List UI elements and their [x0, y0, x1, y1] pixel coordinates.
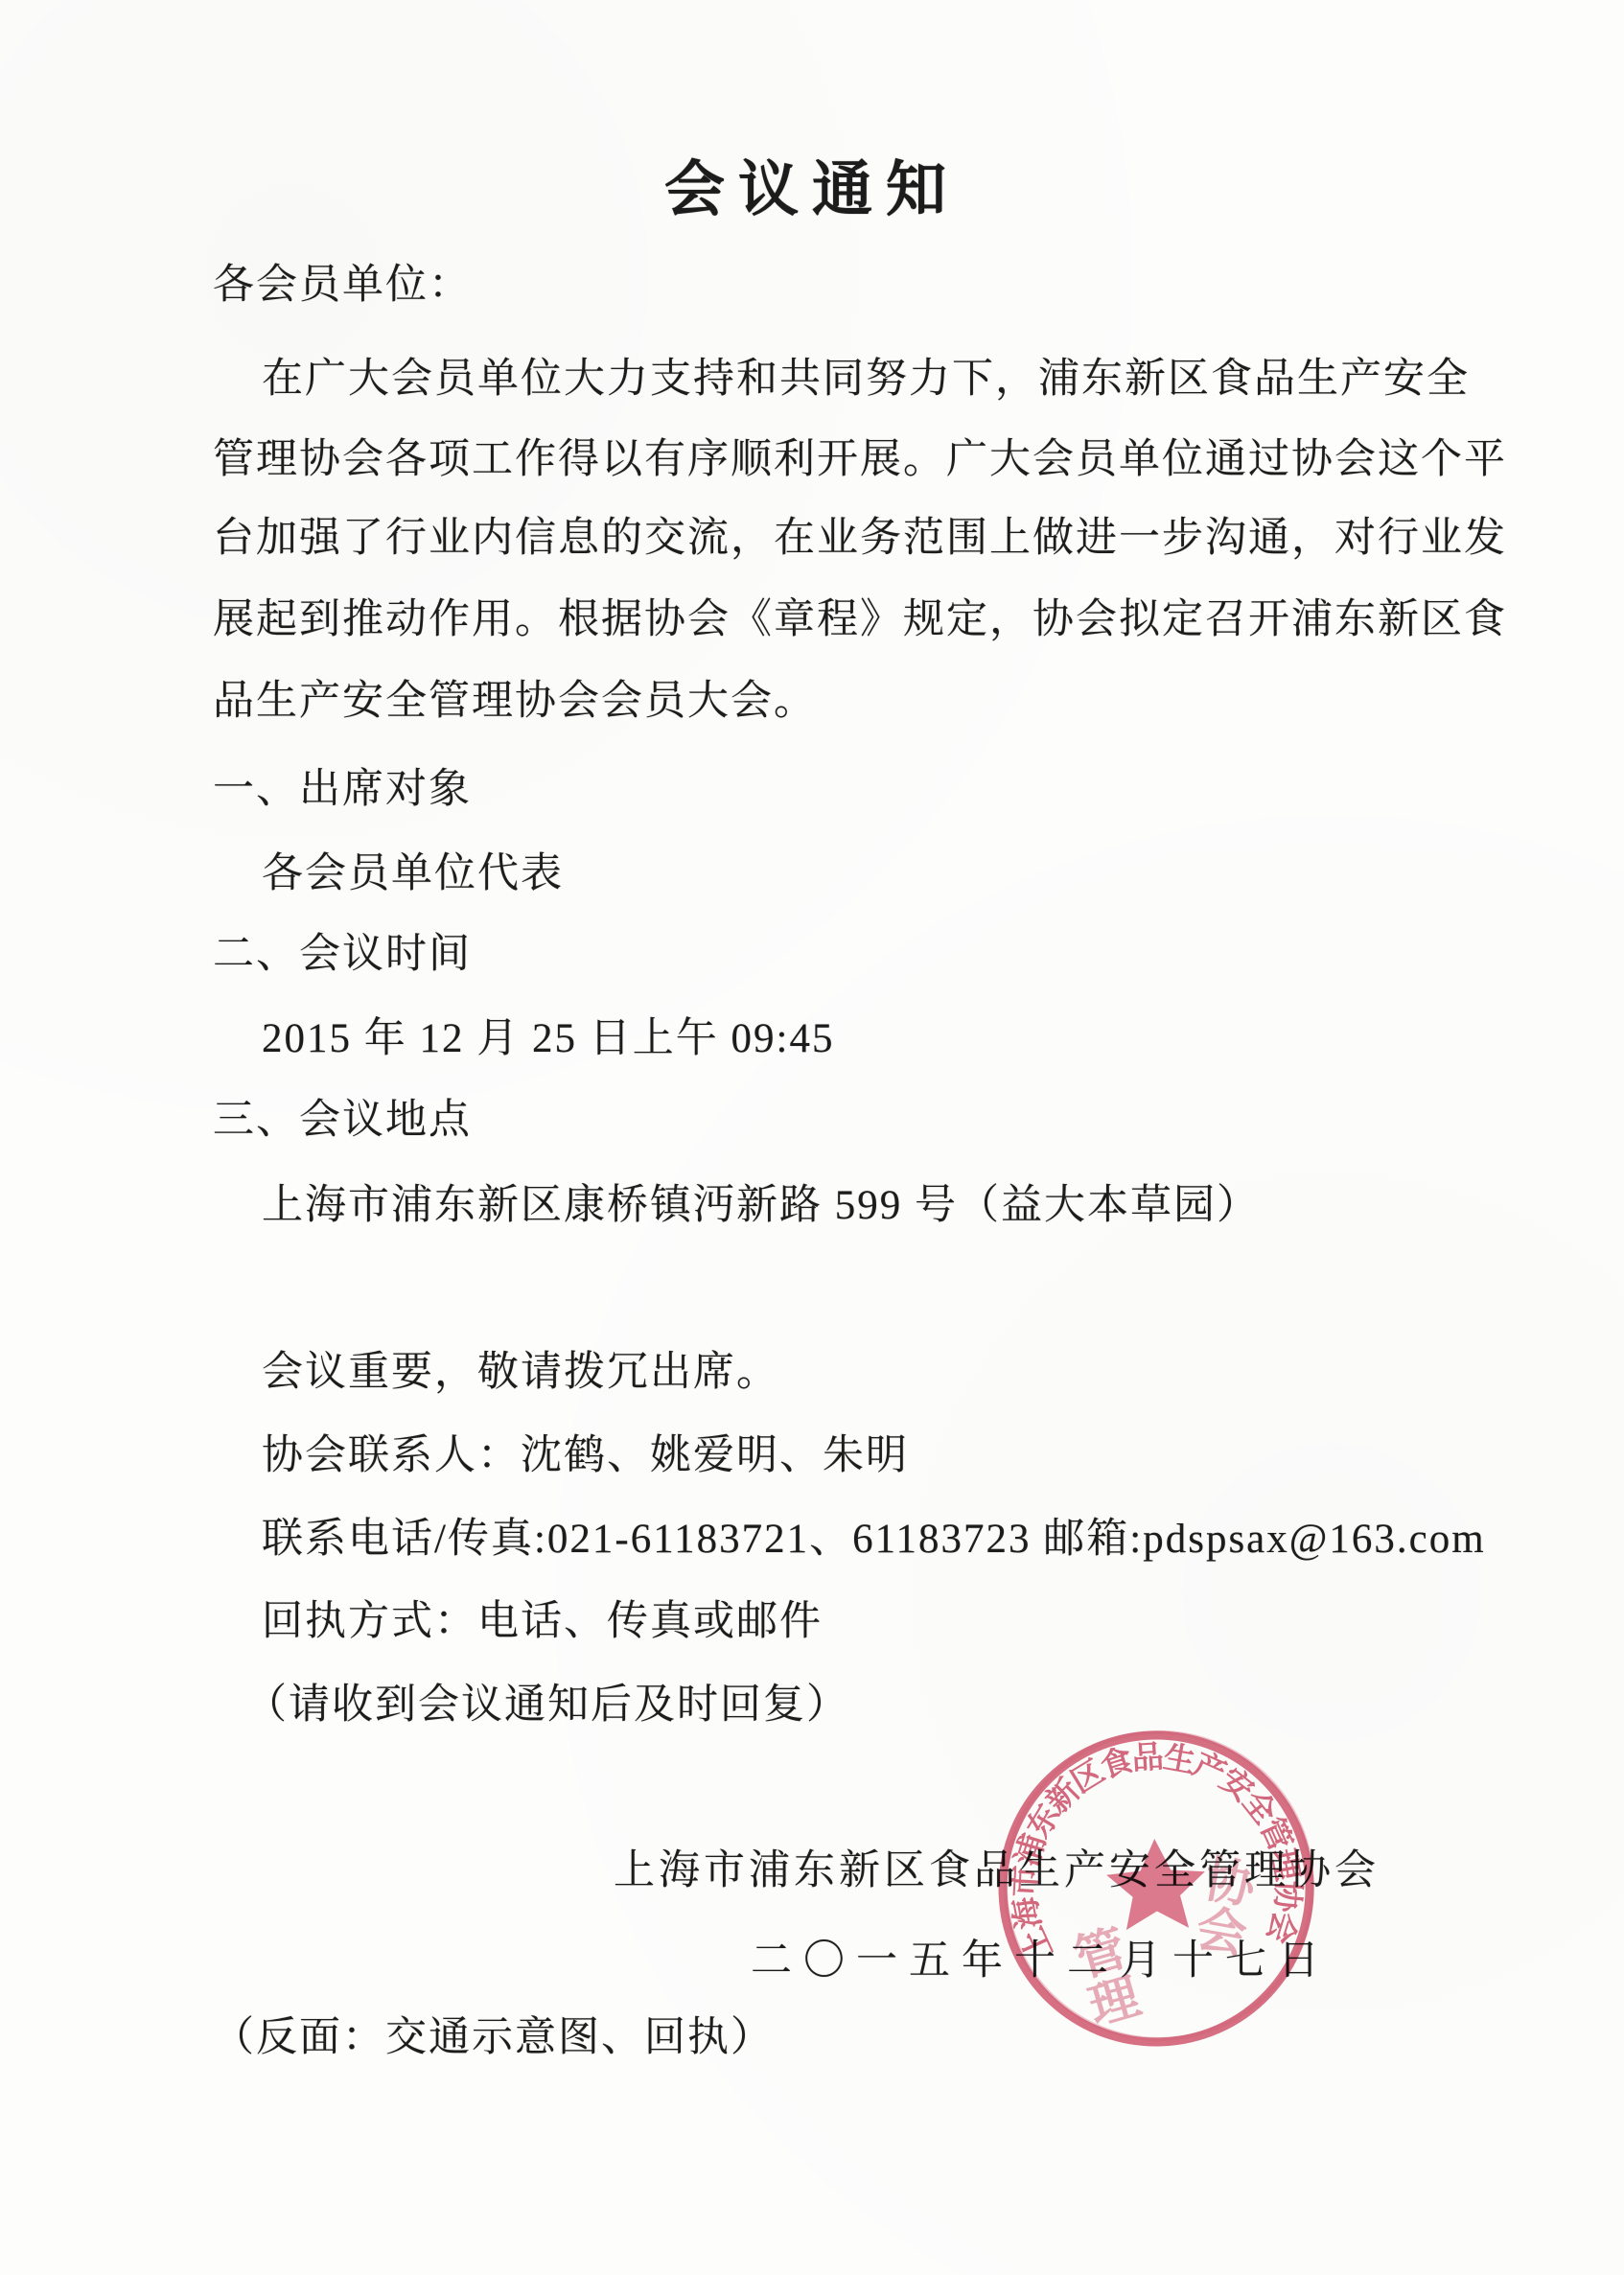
footer-note: （反面：交通示意图、回执） — [213, 2013, 774, 2063]
section-content-time: 2015 年 12 月 25 日上午 09:45 — [262, 1014, 834, 1064]
section-heading-time: 二、会议时间 — [213, 930, 472, 980]
note-reply-request: （请收到会议通知后及时回复） — [245, 1681, 849, 1730]
note-importance: 会议重要，敬请拨冗出席。 — [262, 1348, 779, 1398]
paragraph-line: 台加强了行业内信息的交流，在业务范围上做进一步沟通，对行业发 — [213, 514, 1507, 564]
note-contacts: 协会联系人：沈鹤、姚爱明、朱明 — [262, 1431, 909, 1481]
salutation: 各会员单位： — [213, 261, 472, 311]
seal-overlap-text-right: 协会 — [1185, 1850, 1259, 1960]
page-title: 会议通知 — [0, 155, 1624, 224]
paragraph-line: 在广大会员单位大力支持和共同努力下，浦东新区食品生产安全 — [262, 355, 1470, 405]
section-content-attendees: 各会员单位代表 — [262, 849, 564, 899]
section-content-location: 上海市浦东新区康桥镇沔新路 599 号（益大本草园） — [262, 1181, 1260, 1231]
section-heading-location: 三、会议地点 — [213, 1096, 472, 1146]
paragraph-line: 管理协会各项工作得以有序顺利开展。广大会员单位通过协会这个平 — [213, 435, 1507, 485]
scanned-meeting-notice: 会议通知 各会员单位： 在广大会员单位大力支持和共同努力下，浦东新区食品生产安全… — [0, 0, 1624, 2275]
note-phone-email: 联系电话/传真:021-61183721、61183723 邮箱:pdspsax… — [262, 1515, 1486, 1565]
paragraph-line: 展起到推动作用。根据协会《章程》规定，协会拟定召开浦东新区食 — [213, 595, 1507, 645]
section-heading-attendees: 一、出席对象 — [213, 765, 472, 815]
official-seal-stamp: 上海市浦东新区食品生产安全管理协会 管理 协会 — [966, 1698, 1345, 2077]
paragraph-line: 品生产安全管理协会会员大会。 — [213, 677, 817, 727]
note-reply-method: 回执方式：电话、传真或邮件 — [262, 1597, 823, 1647]
